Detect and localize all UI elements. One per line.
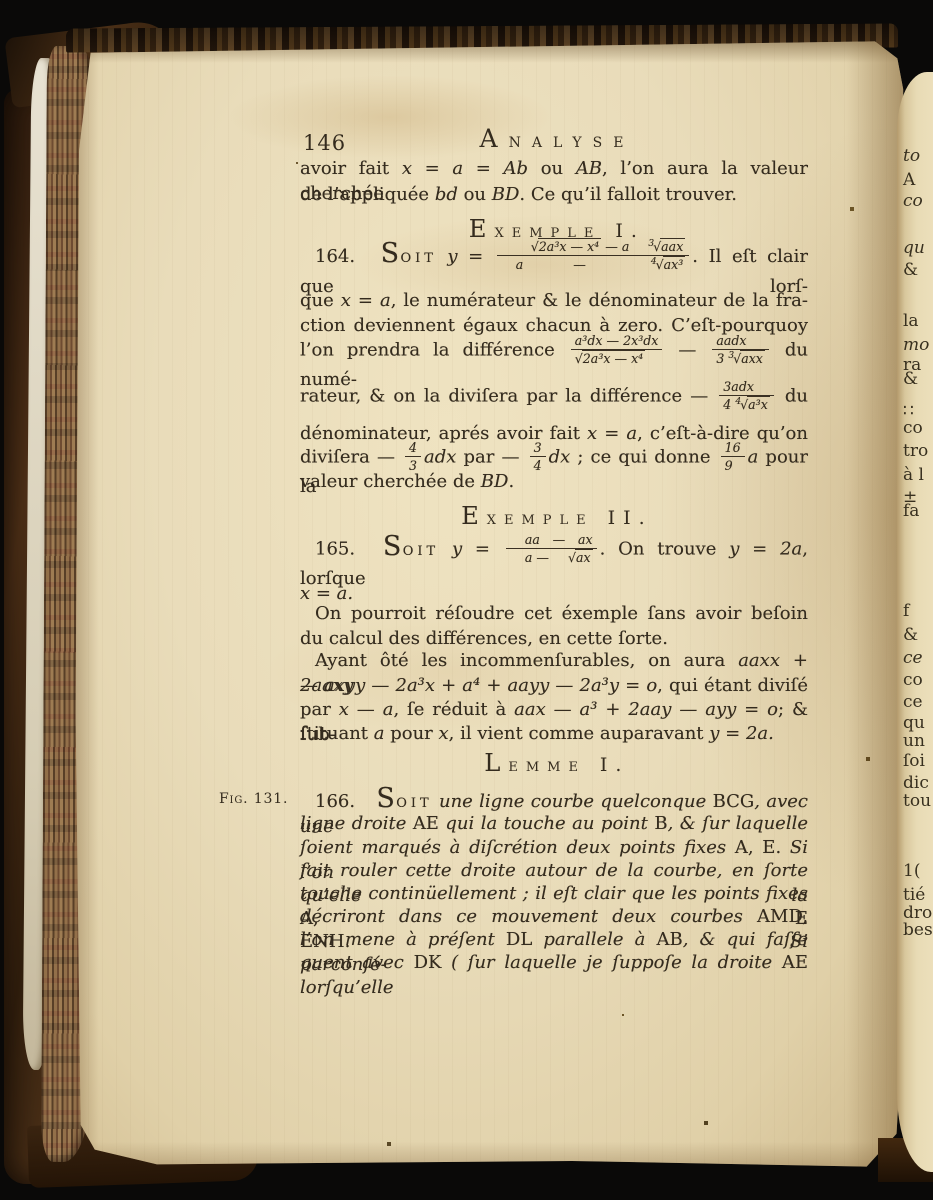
numerator: aa — ax xyxy=(506,532,597,549)
denominator: √2a³x — x⁴ xyxy=(571,350,663,366)
denominator: 4 4√a³x xyxy=(719,396,774,412)
denominator: a — 4√ax³ xyxy=(497,256,690,272)
text-run: aadx xyxy=(716,333,746,348)
text-run: valeur cherchée de xyxy=(300,471,481,492)
book-scan: toAcoqu&lamora&∷cotroà l±faf&cecocequunſ… xyxy=(0,0,933,1200)
text-run: quent avec xyxy=(300,952,414,973)
text-run: a³dx — 2x³dx xyxy=(575,333,659,348)
radical: 3√aax xyxy=(633,239,685,254)
text-run: x — a xyxy=(339,699,394,720)
text-run: . Ce qu’il falloit trouver. xyxy=(519,184,737,205)
text-run: du xyxy=(777,386,808,407)
text-run: . xyxy=(508,471,514,492)
text-line: ligne droite AE qui la touche au point B… xyxy=(300,811,808,836)
text-run: AE xyxy=(782,952,808,973)
numerator: 16 xyxy=(721,440,745,457)
text-run: touche continüellement ; il eſt clair qu… xyxy=(300,883,808,904)
text-run: diviſera — xyxy=(300,447,402,468)
text-run: parallele à xyxy=(532,929,656,950)
text-run: qui la touche au point xyxy=(439,813,654,834)
text-run: , ſe réduit à xyxy=(393,699,514,720)
section-heading: Exemple II. xyxy=(300,501,808,530)
text-run: 4 xyxy=(723,397,735,412)
margin-note-fig-131: Fig. 131. xyxy=(219,791,288,807)
text-run: B xyxy=(654,813,667,834)
numerator: a³dx — 2x³dx xyxy=(571,333,663,350)
numerator: 3adx xyxy=(719,379,774,396)
text-run: ligne droite xyxy=(300,813,413,834)
text-run: DK xyxy=(414,952,442,973)
text-run: ſoient marqués à diſcrétion deux points … xyxy=(300,837,735,858)
text-run: BCG xyxy=(713,791,755,812)
text-line: de l’appliquée bd ou BD. Ce qu’il falloi… xyxy=(300,182,808,207)
fraction: aadx3 3√axx xyxy=(712,333,769,366)
text-line: ſtituant a pour x, il vient comme aupara… xyxy=(300,721,808,746)
text-line: valeur cherchée de BD. xyxy=(300,469,808,494)
text-run: DL xyxy=(506,929,532,950)
text-run: aax — a³ + 2aay — ayy = o xyxy=(514,699,778,720)
text-run: 166. xyxy=(315,791,361,812)
text-run: a xyxy=(748,447,759,468)
text-run: pour xyxy=(385,723,439,744)
text-run: , il vient comme auparavant xyxy=(449,723,710,744)
text-run: aa — ax xyxy=(525,532,593,547)
fraction: a³dx — 2x³dx√2a³x — x⁴ xyxy=(571,333,663,366)
text-run: AB xyxy=(656,929,682,950)
text-run: , le numérateur & le dénominateur de la … xyxy=(391,290,808,311)
text-run: 164. xyxy=(315,246,366,267)
text-run: avoir fait xyxy=(300,158,402,179)
text-run: ou xyxy=(528,158,576,179)
fraction: 3adx4 4√a³x xyxy=(719,379,774,412)
text-run: a xyxy=(374,723,385,744)
text-line: — axyy — 2a³x + a⁴ + aayy — 2a³y = o, qu… xyxy=(300,673,808,698)
text-run: BD xyxy=(492,184,520,205)
text-line: On pourroit réſoudre cet éxemple ſans av… xyxy=(300,601,808,626)
text-run: x xyxy=(439,723,449,744)
text-run: a — xyxy=(516,257,636,272)
text-run: Soit xyxy=(361,786,432,814)
text-run: 3 xyxy=(716,351,728,366)
text-run: que xyxy=(300,290,341,311)
text-run: x = a xyxy=(341,290,391,311)
text-run: Soit xyxy=(368,534,439,562)
text-run: BD xyxy=(481,471,509,492)
text-run: ( ſur laquelle je ſuppoſe la droite xyxy=(441,952,781,973)
text-run: ; ce qui donne xyxy=(570,447,717,468)
radical: 4√a³x xyxy=(735,397,769,412)
radical: √2a³x — x⁴ xyxy=(516,239,601,254)
text-run: . On trouve xyxy=(600,539,730,560)
text-run: y = xyxy=(437,246,494,267)
text-run: 3 xyxy=(534,440,542,455)
radical: √2a³x — x⁴ xyxy=(575,351,645,366)
text-run: Soit xyxy=(366,241,437,269)
text-run: 3adx xyxy=(723,379,754,394)
text-run: — xyxy=(665,340,709,361)
text-run: bd xyxy=(435,184,458,205)
fraction: aa — axa — √ax xyxy=(506,532,597,565)
section-heading: Lemme I. xyxy=(300,748,808,777)
text-run: décriront dans ce mouvement deux courbes xyxy=(300,906,757,927)
text-run: adx xyxy=(424,447,456,468)
text-run: 16 xyxy=(725,440,741,455)
denominator: 3 3√axx xyxy=(712,350,769,366)
text-run: par — xyxy=(456,447,526,468)
running-title: Analyse xyxy=(300,124,808,153)
text-run: a — xyxy=(525,550,553,565)
text-run: AE xyxy=(413,813,439,834)
radical: 3√axx xyxy=(728,351,765,366)
text-run: 165. xyxy=(315,539,368,560)
text-run: l’on prendra la différence xyxy=(300,340,568,361)
numerator: √2a³x — x⁴ — a 3√aax xyxy=(497,239,690,256)
text-run: On pourroit réſoudre cet éxemple ſans av… xyxy=(315,603,808,624)
text-run: x = a = Ab xyxy=(402,158,528,179)
fraction: √2a³x — x⁴ — a 3√aaxa — 4√ax³ xyxy=(497,239,690,273)
text-run: ou xyxy=(458,184,492,205)
text-run: y = xyxy=(439,539,503,560)
text-run: — axyy — 2a³x + a⁴ + aayy — 2a³y = o xyxy=(300,675,657,696)
text-run: rateur, & on la diviſera par la différen… xyxy=(300,386,716,407)
text-layer: 146 Analyse Fig. 131. Exemple I.Exemple … xyxy=(0,0,933,1200)
denominator: a — √ax xyxy=(506,549,597,565)
text-line: que x = a, le numérateur & le dénominate… xyxy=(300,288,808,313)
text-run: y = 2a. xyxy=(709,723,774,744)
text-run: y = 2a xyxy=(729,539,802,560)
text-run: A, E. xyxy=(735,837,781,858)
text-run: dx xyxy=(549,447,571,468)
text-run: de l’appliquée xyxy=(300,184,435,205)
text-run: l’on mene à préſent xyxy=(300,929,506,950)
text-run: une ligne courbe quelconque xyxy=(433,791,713,812)
radical: 4√ax³ xyxy=(636,257,685,272)
text-run: , qui étant diviſé xyxy=(657,675,808,696)
text-run: du calcul des différences, en cette ſort… xyxy=(300,628,668,649)
text-run: ſtituant xyxy=(300,723,374,744)
text-line: rateur, & on la diviſera par la différen… xyxy=(300,380,808,413)
text-run: par xyxy=(300,699,339,720)
text-run: Ayant ôté les incommenſurables, on aura xyxy=(315,650,738,671)
numerator: 4 xyxy=(405,440,421,457)
text-run: 4 xyxy=(409,440,417,455)
text-run: lorſqu’elle xyxy=(300,977,394,998)
text-run: — a xyxy=(601,239,633,254)
numerator: aadx xyxy=(712,333,769,350)
text-line: quent avec DK ( ſur laquelle je ſuppoſe … xyxy=(300,950,808,1000)
text-run: AB xyxy=(576,158,602,179)
text-run: , & ſur laquelle xyxy=(668,813,808,834)
numerator: 3 xyxy=(530,440,546,457)
radical: √ax xyxy=(553,550,593,565)
